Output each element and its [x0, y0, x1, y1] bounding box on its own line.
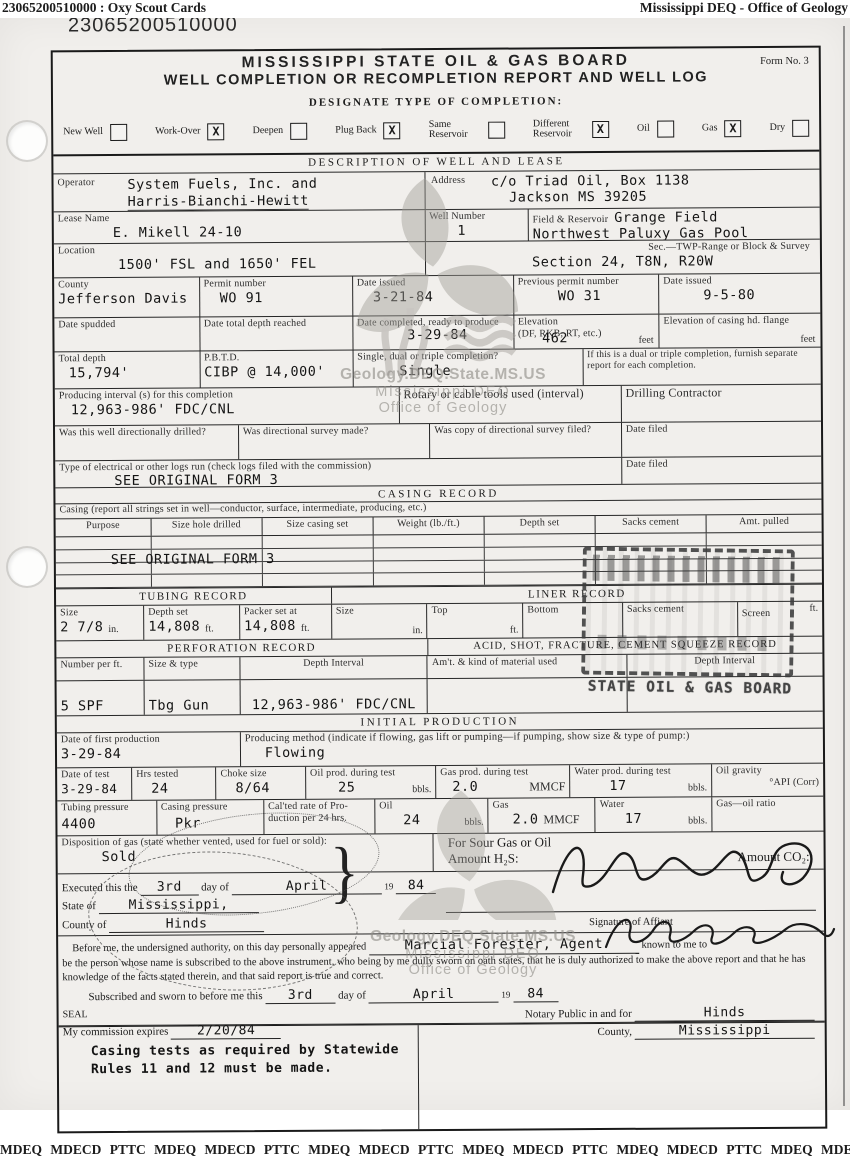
field-date-spudded: Date spudded [54, 317, 200, 351]
field-gas-oil-ratio: Gas—oil ratio [712, 797, 823, 832]
tubing-depth-unit: ft. [205, 623, 214, 634]
field-operator: Operator System Fuels, Inc. and Harris-B… [53, 172, 425, 211]
header-source: Mississippi DEQ - Office of Geology [640, 0, 848, 16]
field-oil-gravity: Oil gravity °API (Corr) [712, 764, 823, 797]
well-number-label: Well Number [429, 210, 523, 222]
casing-tests-line2: Rules 11 and 12 must be made. [91, 1060, 414, 1077]
water-rate-unit: bbls. [688, 815, 707, 826]
type-plug-back: Plug Back X [335, 122, 400, 139]
liner-size-label: Size [336, 605, 423, 617]
perf-col-number: Number per ft. [56, 658, 144, 681]
water-prod-value: 17 [609, 777, 626, 793]
scanned-well-completion-report-page: 23065200510000 : Oxy Scout Cards Mississ… [0, 0, 850, 1160]
field-previous-permit: Previous permit number WO 31 [514, 275, 660, 315]
perf-number-value-cell: 5 SPF [57, 681, 145, 716]
casing-col-amt-pulled: Amt. pulled [707, 515, 822, 533]
field-directionally-drilled: Was this well directionally drilled? [55, 425, 239, 460]
punch-hole-bottom [8, 548, 46, 586]
executed-year: 84 [396, 878, 436, 894]
field-packer-set-at: Packer set at 14,808ft. [240, 605, 332, 640]
designate-heading: DESIGNATE TYPE OF COMPLETION: [309, 95, 563, 111]
field-lease-name: Lease Name E. Mikell 24-10 [54, 210, 426, 243]
checkbox-new-well [110, 123, 127, 140]
previous-permit-value: WO 31 [558, 287, 655, 304]
elevation-label-detail: (DF, RKB, RT, etc.) [518, 327, 655, 339]
type-gas: Gas X [702, 120, 742, 137]
field-completion-type: Single, dual or triple completion? Singl… [353, 349, 583, 386]
casing-col-sacks: Sacks cement [596, 515, 707, 533]
tubing-pressure-value: 4400 [61, 815, 152, 832]
permit-date-label: Date issued [357, 277, 509, 289]
rotary-cable-label: Rotary or cable tools used (interval) [403, 387, 616, 402]
received-stamp: STATE OIL & GAS BOARD [581, 547, 795, 678]
liner-screen-unit: ft. [809, 603, 818, 614]
completion-type-row: New Well Work-Over X Deepen Plug Back X … [53, 108, 819, 157]
operator-label: Operator [57, 177, 94, 189]
perf-type-value: Tbg Gun [149, 697, 210, 713]
field-dual-note: If this is a dual or triple completion, … [583, 348, 821, 385]
total-depth-value: 15,794' [69, 364, 196, 381]
checkbox-plug-back: X [384, 122, 401, 139]
pbtd-value: CIBP @ 14,000' [204, 363, 348, 380]
type-label: Deepen [253, 126, 284, 137]
footer-watermark-text: MDEQ MDECD PTTC MDEQ MDECD PTTC MDEQ MDE… [0, 1142, 850, 1158]
subscribed-prefix: Subscribed and sworn to before me this [88, 990, 262, 1003]
date-filed-label: Date filed [626, 458, 817, 471]
field-water-rate: Water 17bbls. [596, 797, 713, 832]
scan-right-edge [843, 26, 845, 1106]
liner-top-unit: ft. [432, 624, 519, 636]
date-completed-value: 3-29-84 [407, 326, 509, 343]
type-label: Same Reservoir [429, 119, 481, 140]
field-directional-survey: Was directional survey made? [239, 424, 431, 459]
address-value-line1: c/o Triad Oil, Box 1138 [491, 172, 816, 190]
perf-interval-label: Depth Interval [244, 657, 423, 670]
field-date-total-depth: Date total depth reached [200, 317, 353, 351]
water-rate-label: Water [600, 798, 707, 810]
type-label: Oil [637, 123, 650, 134]
tubing-depth-label: Depth set [148, 606, 235, 618]
field-pbtd: P.B.T.D. CIBP @ 14,000' [200, 351, 353, 388]
calc-rate-label1: Cal'ted rate of Pro- [268, 800, 370, 812]
type-new-well: New Well [63, 123, 127, 140]
notary-for-value: Hinds [635, 1004, 815, 1021]
checkbox-same-reservoir [488, 121, 505, 138]
casing-col-weight: Weight (lb./ft.) [373, 517, 484, 535]
field-reservoir-label: Field & Reservoir [533, 214, 609, 226]
perf-number-value: 5 SPF [61, 698, 104, 714]
casing-tests-note-cell: Casing tests as required by Statewide Ru… [59, 1025, 420, 1131]
directionally-drilled-label: Was this well directionally drilled? [59, 426, 234, 439]
field-liner-size: Size in. [332, 604, 428, 639]
date-total-depth-label: Date total depth reached [204, 318, 348, 330]
previous-permit-date-value: 9-5-80 [703, 286, 816, 303]
field-tubing-pressure: Tubing pressure 4400 [57, 801, 157, 836]
address-value-line2: Jackson MS 39205 [509, 188, 816, 206]
oil-gravity-label: Oil gravity [716, 765, 819, 777]
perf-type-value-cell: Tbg Gun [145, 680, 241, 715]
subscribed-month: April [369, 986, 499, 1003]
choke-size-value: 8/64 [235, 779, 301, 795]
field-producing-method: Producing method (indicate if flowing, g… [241, 729, 823, 767]
field-tubing-size: Size 2 7/8in. [56, 606, 144, 641]
type-label: Dry [770, 123, 786, 134]
hrs-tested-value: 24 [151, 780, 211, 796]
header-document-id: 23065200510000 : Oxy Scout Cards [2, 0, 206, 16]
section-perforation-record: PERFORATION RECORD [56, 639, 428, 657]
field-reservoir-value2: Northwest Paluxy Gas Pool [533, 225, 816, 241]
section-tubing-record: TUBING RECORD [56, 588, 332, 606]
field-directional-survey-filed: Was copy of directional survey filed? [430, 423, 622, 458]
operator-value-line2: Harris-Bianchi-Hewitt [128, 193, 309, 211]
packer-label: Packer set at [244, 606, 327, 618]
field-logs-run: Type of electrical or other logs run (ch… [55, 458, 622, 487]
subscribed-day: 3rd [265, 987, 335, 1003]
test-date-value: 3-29-84 [61, 780, 127, 795]
permit-label: Permit number [204, 278, 348, 290]
field-previous-permit-date: Date issued 9-5-80 [659, 274, 820, 314]
field-casing-flange-elevation: Elevation of casing hd. flange feet [659, 314, 820, 348]
field-permit-date-issued: Date issued 3-21-84 [353, 276, 514, 316]
tubing-depth-value: 14,808 [148, 618, 200, 634]
notary-signature [600, 905, 840, 957]
liner-size-unit: in. [336, 625, 423, 637]
type-label: Work-Over [155, 126, 200, 137]
field-reservoir-value1: Grange Field [614, 209, 718, 226]
notary-for-label: Notary Public in and for [525, 1007, 632, 1020]
hrs-tested-label: Hrs tested [136, 768, 211, 780]
operator-value-line1: System Fuels, Inc. and [127, 175, 420, 193]
location-value: 1500' FSL and 1650' FEL [118, 255, 421, 273]
checkbox-gas: X [724, 120, 741, 137]
oil-prod-value: 25 [338, 779, 355, 795]
field-date-filed-2: Date filed [622, 457, 821, 484]
field-date-completed: Date completed, ready to produce 3-29-84 [353, 316, 514, 350]
field-water-prod-test: Water prod. during test 17bbls. [570, 764, 712, 797]
perf-interval-value-cell: 12,963-986' FDC/CNL [240, 679, 428, 714]
perf-interval-value: 12,963-986' FDC/CNL [252, 696, 416, 713]
date-filed-label: Date filed [626, 423, 817, 436]
gas-prod-value: 2.0 [452, 778, 478, 794]
field-gas-prod-test: Gas prod. during test 2.0MMCF [436, 765, 570, 798]
field-choke-size: Choke size 8/64 [216, 767, 306, 800]
first-production-value: 3-29-84 [61, 745, 236, 762]
elevation-value: 462 [542, 330, 568, 346]
drilling-contractor-label: Drilling Contractor [626, 386, 817, 401]
field-elevation: Elevation (DF, RKB, RT, etc.) 462 feet [514, 315, 660, 349]
casing-note: Casing (report all strings set in well—c… [55, 502, 426, 518]
oil-gravity-unit: °API (Corr) [716, 776, 819, 788]
completion-type-value: Single [399, 362, 578, 379]
packer-value: 14,808 [244, 617, 296, 633]
previous-permit-label: Previous permit number [518, 276, 655, 288]
bottom-empty-cell [419, 1023, 826, 1129]
field-tubing-depth-set: Depth set 14,808ft. [144, 605, 240, 640]
lease-value: E. Mikell 24-10 [113, 223, 421, 241]
choke-size-label: Choke size [220, 768, 301, 780]
field-well-number: Well Number 1 [425, 209, 529, 241]
stamp-noise [592, 555, 784, 584]
checkbox-different-reservoir: X [592, 120, 609, 137]
oil-rate-unit: bbls. [464, 816, 483, 827]
address-label: Address [431, 175, 465, 187]
checkbox-oil [657, 120, 674, 137]
stamp-board-text: STATE OIL & GAS BOARD [575, 678, 805, 697]
type-same-reservoir: Same Reservoir [429, 119, 505, 140]
dual-note-text: If this is a dual or triple completion, … [587, 349, 817, 372]
county-value: Jefferson Davis [58, 290, 195, 307]
report-title: WELL COMPLETION OR RECOMPLETION REPORT A… [53, 69, 819, 90]
type-deepen: Deepen [253, 122, 308, 139]
gas-rate-value: 2.0 [513, 811, 539, 827]
type-different-reservoir: Different Reservoir X [533, 118, 609, 139]
casing-flange-unit: feet [800, 334, 815, 345]
sec-twp-value: Section 24, T8N, R20W [429, 252, 816, 270]
oil-prod-label: Oil prod. during test [310, 767, 431, 779]
field-rotary-cable: Rotary or cable tools used (interval) [399, 386, 621, 423]
well-number-value: 1 [457, 222, 524, 238]
checkbox-work-over: X [207, 123, 224, 140]
gas-oil-ratio-label: Gas—oil ratio [716, 798, 819, 810]
perf-number-label: Number per ft. [60, 659, 139, 671]
type-label: Plug Back [335, 125, 376, 136]
casing-flange-label: Elevation of casing hd. flange [663, 315, 816, 327]
subscribed-yr: 19 [501, 989, 510, 999]
elevation-label: Elevation [518, 316, 655, 328]
pbtd-label: P.B.T.D. [204, 352, 348, 364]
producing-method-value: Flowing [265, 742, 819, 761]
test-date-label: Date of test [61, 769, 127, 781]
perf-col-type: Size & type [144, 657, 240, 680]
gas-rate-unit: MMCF [543, 812, 579, 827]
digital-header: 23065200510000 : Oxy Scout Cards Mississ… [0, 0, 850, 18]
affiant-signature [545, 830, 835, 902]
tubing-pressure-label: Tubing pressure [61, 802, 152, 814]
field-hrs-tested: Hrs tested 24 [132, 767, 216, 800]
directional-survey-label: Was directional survey made? [243, 425, 426, 438]
field-first-production: Date of first production 3-29-84 [57, 732, 241, 767]
field-producing-interval: Producing interval (s) for this completi… [55, 387, 400, 425]
casing-col-size-casing: Size casing set [262, 517, 373, 535]
casing-col-purpose: Purpose [56, 519, 152, 537]
stamp-noise [597, 635, 777, 652]
field-date-filed-1: Date filed [622, 422, 821, 457]
elevation-unit: feet [639, 335, 654, 346]
type-label: Gas [702, 123, 718, 134]
field-oil-prod-test: Oil prod. during test 25bbls. [306, 766, 436, 799]
subscribed-year: 84 [513, 986, 558, 1002]
tubing-size-unit: in. [108, 623, 118, 634]
oil-prod-unit: bbls. [412, 784, 431, 795]
county-label: County [58, 278, 195, 290]
checkbox-dry [792, 119, 809, 136]
seal-label: SEAL [63, 1008, 282, 1020]
liner-top-label: Top [432, 605, 519, 617]
casing-col-size-hole: Size hole drilled [151, 518, 262, 536]
type-label: Different Reservoir [533, 119, 585, 140]
water-prod-unit: bbls. [688, 782, 707, 793]
perf-type-label: Size & type [148, 658, 235, 670]
date-spudded-label: Date spudded [58, 318, 195, 330]
h2s-label: Amount H₂S: [448, 851, 519, 867]
gas-prod-unit: MMCF [529, 779, 565, 794]
field-test-date: Date of test 3-29-84 [57, 768, 132, 800]
field-total-depth: Total depth 15,794' [55, 351, 201, 388]
checkbox-deepen [290, 122, 307, 139]
type-work-over: Work-Over X [155, 123, 224, 140]
field-liner-top: Top ft. [428, 603, 524, 638]
field-drilling-contractor: Drilling Contractor [622, 385, 821, 422]
permit-value: WO 91 [220, 289, 348, 306]
field-address: Address c/o Triad Oil, Box 1138 Jackson … [425, 170, 820, 209]
type-label: New Well [63, 127, 103, 138]
form-title-block: MISSISSIPPI STATE OIL & GAS BOARD WELL C… [53, 48, 819, 97]
form-number: Form No. 3 [760, 56, 809, 67]
gas-prod-label: Gas prod. during test [440, 766, 565, 778]
type-dry: Dry [770, 119, 810, 136]
field-permit-number: Permit number WO 91 [200, 277, 353, 317]
casing-tests-line1: Casing tests as required by Statewide [91, 1042, 414, 1059]
water-rate-value: 17 [625, 810, 642, 826]
packer-unit: ft. [301, 622, 310, 633]
directional-survey-filed-label: Was copy of directional survey filed? [434, 424, 617, 437]
casing-col-depth-set: Depth set [484, 516, 595, 534]
tubing-size-label: Size [60, 607, 139, 619]
casing-see-original: SEE ORIGINAL FORM 3 [111, 551, 275, 568]
field-location: Location 1500' FSL and 1650' FEL [54, 242, 426, 277]
tubing-size-value: 2 7/8 [60, 619, 103, 635]
field-county: County Jefferson Davis [54, 277, 200, 317]
field-gas-rate: Gas 2.0MMCF [489, 798, 596, 833]
oil-rate-label: Oil [379, 800, 483, 812]
subscribed-mid: day of [338, 989, 366, 1001]
field-field-reservoir: Field & Reservoir Grange Field Northwest… [529, 208, 820, 241]
perf-col-interval: Depth Interval [240, 656, 428, 679]
oil-rate-value: 24 [403, 812, 420, 828]
appeared-name: Marcial Forester, Agent [369, 935, 639, 956]
producing-interval-value: 12,963-986' FDC/CNL [71, 400, 395, 418]
field-oil-rate: Oil 24bbls. [375, 799, 489, 834]
gas-rate-label: Gas [493, 799, 591, 811]
previous-permit-date-label: Date issued [663, 275, 816, 287]
total-depth-label: Total depth [59, 352, 196, 364]
permit-date-value: 3-21-84 [373, 288, 509, 305]
type-oil: Oil [637, 120, 674, 137]
casing-pressure-label: Casing pressure [161, 801, 259, 813]
executed-yr: 19 [384, 881, 393, 891]
water-prod-label: Water prod. during test [574, 765, 707, 777]
punch-hole-top [8, 122, 46, 160]
field-sec-twp-range: Sec.—TWP-Range or Block & Survey Section… [425, 240, 820, 275]
